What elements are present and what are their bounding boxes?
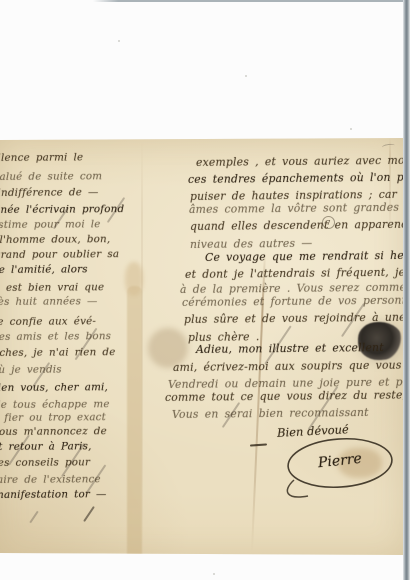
handwritten-line: faire de l'existence — [0, 474, 101, 485]
dash-mark — [250, 443, 267, 446]
handwritten-line: exemples , et vous auriez avec moi de — [196, 156, 410, 169]
handwritten-line: l'indifférence de — — [0, 187, 99, 198]
handwritten-line: finée l'écrivain profond — [0, 204, 124, 215]
handwritten-line: dès huit années — — [0, 296, 98, 307]
letter-paper: 7 silence parmi le salué de suite com l'… — [0, 136, 403, 556]
handwritten-line: cérémonies et fortune de vos personnes — [182, 295, 410, 308]
handwritten-line: grand pour oublier sa — [0, 249, 119, 260]
handwritten-line: , l'homme doux, bon, — [0, 234, 110, 245]
handwritten-line: âmes comme la vôtre sont grandes même — [189, 202, 410, 215]
dust-speck — [350, 128, 352, 130]
handwritten-line: de l'amitié, alors — [0, 264, 88, 275]
dust-speck — [213, 573, 215, 575]
handwritten-line: ami, écrivez-moi aux soupirs que vous — [173, 361, 402, 374]
handwritten-line: à fier ou trop exact — [0, 412, 106, 423]
handwritten-line: silence parmi le — [0, 152, 83, 163]
handwritten-line: estime pour moi le — [0, 219, 101, 230]
pencil-mark — [29, 511, 38, 524]
handwritten-line: où je vendis — [0, 365, 62, 376]
dust-speck — [118, 40, 120, 42]
handwritten-line: Ce voyage que me rendrait si heureux — [205, 251, 410, 264]
handwritten-line: bien vous, cher ami, — [0, 382, 108, 393]
pencil-mark — [83, 506, 95, 522]
scan-edge-line-top — [93, 0, 407, 2]
handwritten-line: je confie aux évé- — [0, 316, 96, 327]
handwritten-line: Vous en serai bien reconnaissant — [172, 408, 369, 421]
scanned-letter-photo: 7 silence parmi le salué de suite com l'… — [0, 0, 410, 580]
handwritten-line: plus sûre et de vous rejoindre à une âme — [184, 312, 410, 325]
scan-edge-line-right — [403, 0, 410, 580]
handwritten-line: Adieu, mon illustre et excellent — [196, 343, 384, 356]
handwritten-line: ces tendres épanchements où l'on pourrai… — [188, 172, 410, 185]
pencil-squiggle — [382, 143, 396, 150]
handwritten-line: quand elles descendent en apparence au — [190, 219, 410, 232]
fold-crease-gutter — [141, 140, 143, 550]
handwritten-line: et dont je l'attendrais si fréquent, je — [185, 268, 405, 281]
gutter-stain — [127, 286, 142, 578]
handwritten-line: des conseils pour — [0, 457, 90, 468]
handwritten-line: il est bien vrai que — [0, 282, 104, 293]
handwritten-line: salué de suite com — [0, 171, 102, 182]
handwritten-line: et retour à Paris, — [0, 441, 92, 452]
handwritten-line: comme tout ce que vous direz du reste, j… — [165, 390, 410, 403]
handwritten-line: de tous échappe me — [0, 399, 110, 410]
handwritten-line: vous m'annoncez de — [0, 426, 107, 437]
handwritten-line: des amis et les bons — [0, 331, 111, 342]
handwritten-line: niveau des autres — — [190, 239, 312, 251]
handwritten-line: aches, je n'ai rien de — [0, 347, 116, 358]
dust-speck — [245, 75, 247, 77]
handwritten-line: manifestation tor — — [0, 489, 107, 500]
